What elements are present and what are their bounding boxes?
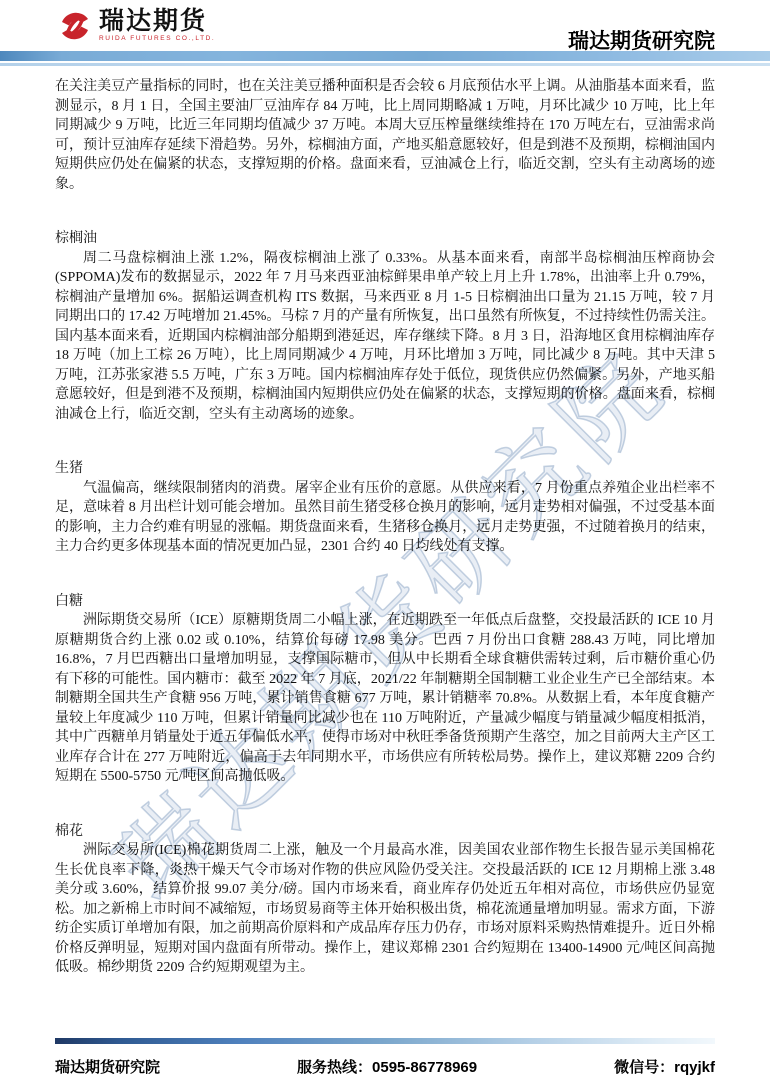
footer-divider-bar bbox=[55, 1038, 715, 1044]
company-logo: 瑞达期货 RUIDA FUTURES CO.,LTD. bbox=[55, 6, 215, 46]
logo-brand-cn: 瑞达期货 bbox=[99, 9, 215, 34]
footer-row: 瑞达期货研究院 服务热线：0595-86778969 微信号：rqyjkf bbox=[55, 1056, 715, 1077]
footer-org: 瑞达期货研究院 bbox=[55, 1056, 160, 1077]
section-paragraph-live-hogs: 气温偏高，继续限制猪肉的消费。屠宰企业有压价的意愿。从供应来看，7 月份重点养殖… bbox=[55, 479, 715, 557]
section-heading-cotton: 棉花 bbox=[55, 822, 715, 842]
logo-brand-en: RUIDA FUTURES CO.,LTD. bbox=[99, 36, 215, 43]
footer-hotline: 服务热线：0595-86778969 bbox=[297, 1056, 477, 1077]
section-heading-palm-oil: 棕榈油 bbox=[55, 229, 715, 249]
band-main-stripe bbox=[0, 51, 770, 61]
section-paragraph-white-sugar: 洲际期货交易所（ICE）原糖期货周二小幅上涨，在近期跌至一年低点后盘整，交投最活… bbox=[55, 611, 715, 787]
section-heading-white-sugar: 白糖 bbox=[55, 592, 715, 612]
report-page: 瑞达期货研究院 瑞达期货 RUIDA FUTURES CO.,LTD. 瑞达期货… bbox=[0, 0, 770, 1089]
section-cotton: 棉花 洲际交易所(ICE)棉花期货周二上涨，触及一个月最高水准，因美国农业部作物… bbox=[55, 822, 715, 978]
header-divider-band bbox=[0, 51, 770, 66]
report-body: 在关注美豆产量指标的同时，也在关注美豆播种面积是否会较 6 月底预估水平上调。从… bbox=[0, 66, 770, 978]
section-paragraph-cotton: 洲际交易所(ICE)棉花期货周二上涨，触及一个月最高水准，因美国农业部作物生长报… bbox=[55, 841, 715, 978]
section-heading-live-hogs: 生猪 bbox=[55, 459, 715, 479]
section-palm-oil: 棕榈油 周二马盘棕榈油上涨 1.2%，隔夜棕榈油上涨了 0.33%。从基本面来看… bbox=[55, 229, 715, 424]
logo-text: 瑞达期货 RUIDA FUTURES CO.,LTD. bbox=[99, 9, 215, 43]
ruida-logo-icon bbox=[55, 6, 95, 46]
page-header: 瑞达期货 RUIDA FUTURES CO.,LTD. 瑞达期货研究院 bbox=[0, 0, 770, 51]
footer-wechat: 微信号：rqyjkf bbox=[614, 1056, 715, 1077]
band-light-stripe bbox=[0, 63, 770, 66]
section-live-hogs: 生猪 气温偏高，继续限制猪肉的消费。屠宰企业有压价的意愿。从供应来看，7 月份重… bbox=[55, 459, 715, 557]
section-paragraph-palm-oil: 周二马盘棕榈油上涨 1.2%，隔夜棕榈油上涨了 0.33%。从基本面来看，南部半… bbox=[55, 249, 715, 425]
page-footer: 瑞达期货研究院 服务热线：0595-86778969 微信号：rqyjkf bbox=[0, 1038, 770, 1077]
section-white-sugar: 白糖 洲际期货交易所（ICE）原糖期货周二小幅上涨，在近期跌至一年低点后盘整，交… bbox=[55, 592, 715, 787]
intro-paragraph: 在关注美豆产量指标的同时，也在关注美豆播种面积是否会较 6 月底预估水平上调。从… bbox=[55, 77, 715, 194]
